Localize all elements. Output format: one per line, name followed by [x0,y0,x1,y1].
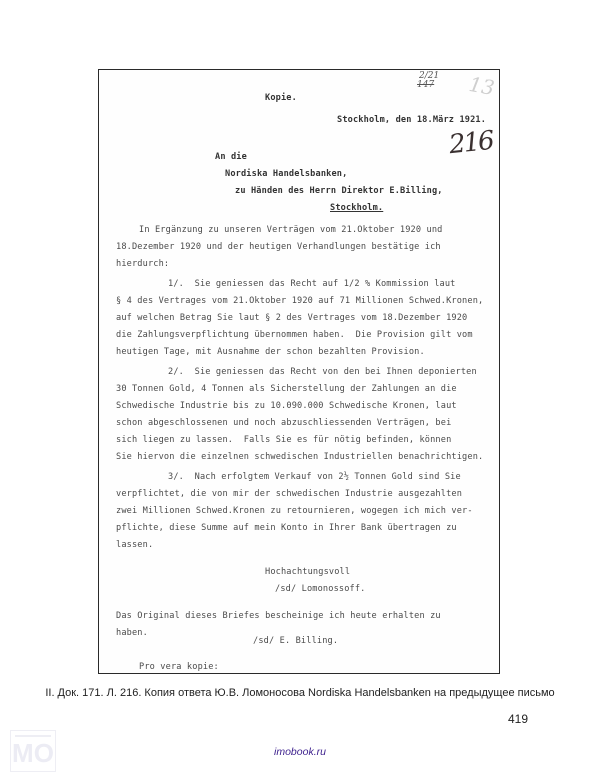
paragraph-3-line: zwei Millionen Schwed.Kronen zu retourni… [116,506,473,516]
paragraph-2-line: 30 Tonnen Gold, 4 Tonnen als Sicherstell… [116,384,457,394]
paragraph-1-line: heutigen Tage, mit Ausnahme der schon be… [116,347,425,357]
addressee-line: Nordiska Handelsbanken, [225,169,347,179]
site-link[interactable]: imobook.ru [0,746,600,758]
intro-line: In Ergänzung zu unseren Verträgen vom 21… [139,225,442,235]
paragraph-1-line: die Zahlungsverpflichtung übernommen hab… [116,330,473,340]
archival-document-scan: 2/21 147 13 216 Kopie. Stockholm, den 18… [98,69,500,674]
paragraph-1-line: auf welchen Betrag Sie laut § 2 des Vert… [116,313,467,323]
paragraph-2-line: Schwedische Industrie bis zu 10.090.000 … [116,401,457,411]
receipt-line: Das Original dieses Briefes bescheinige … [116,611,441,621]
paragraph-2-line: Sie hiervon die einzelnen schwedischen I… [116,452,483,462]
signature-billing: /sd/ E. Billing. [253,636,338,646]
handwritten-mark-faint: 13 [467,72,496,100]
intro-line: hierdurch: [116,259,169,269]
doc-heading: Kopie. [265,93,297,103]
addressee-line: zu Händen des Herrn Direktor E.Billing, [235,186,443,196]
signature-lomonossoff: /sd/ Lomonossoff. [275,584,366,594]
paragraph-3-line: pflichte, diese Summe auf mein Konto in … [116,523,457,533]
archive-page-number: 216 [448,126,495,160]
paragraph-2-line: sich liegen zu lassen. Falls Sie es für … [116,435,451,445]
page-number: 419 [508,712,528,726]
closing: Hochachtungsvoll [265,567,350,577]
paragraph-1-line: 1/. Sie geniessen das Recht auf 1/2 % Ko… [168,279,456,289]
paragraph-3-line: lassen. [116,540,153,550]
addressee-line: Stockholm. [330,203,383,213]
pro-vera-kopie: Pro vera kopie: [139,662,219,672]
paragraph-1-line: § 4 des Vertrages vom 21.Oktober 1920 au… [116,296,483,306]
paragraph-3-line: verpflichtet, die von mir der schwedisch… [116,489,462,499]
place-date: Stockholm, den 18.März 1921. [337,115,486,125]
addressee-line: An die [215,152,247,162]
intro-line: 18.Dezember 1920 und der heutigen Verhan… [116,242,441,252]
paragraph-2-line: schon abgeschlossenen und noch abzuschli… [116,418,451,428]
paragraph-2-line: 2/. Sie geniessen das Recht von den bei … [168,367,477,377]
figure-caption: II. Док. 171. Л. 216. Копия ответа Ю.В. … [0,687,600,699]
receipt-line: haben. [116,628,148,638]
paragraph-3-line: 3/. Nach erfolgtem Verkauf von 2½ Tonnen… [168,472,461,482]
handwritten-mark-struck: 147 [417,80,434,90]
